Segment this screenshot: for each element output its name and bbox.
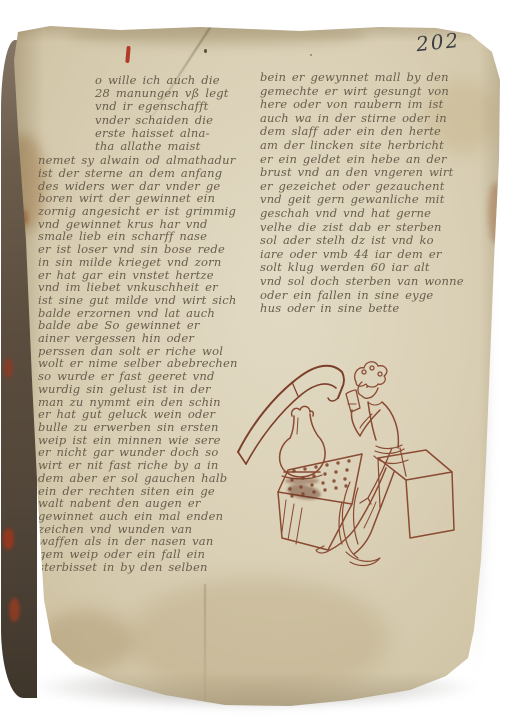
manuscript-line: ist der sterne an dem anfang	[38, 167, 263, 180]
left-column-intro-block: o wille ich auch die28 manungen vß legtv…	[95, 74, 263, 153]
right-text-column: bein er gewynnet mall by dengemechte er …	[260, 71, 478, 316]
manuscript-line: vnd sol doch sterben van wonne	[260, 275, 478, 289]
rubric-mark	[125, 46, 130, 63]
edge-stain	[9, 598, 20, 622]
manuscript-line: zornig angesicht er ist grimmig	[38, 205, 263, 218]
drinker-illustration	[230, 352, 500, 612]
manuscript-line: sol ader stelh dz ist vnd ko	[260, 234, 478, 248]
manuscript-line: geschah vnd vnd hat gerne	[260, 207, 478, 221]
manuscript-line: am der lincken site herbricht	[260, 139, 478, 153]
manuscript-line: here oder von raubern im ist	[260, 98, 478, 112]
edge-stain	[3, 528, 14, 550]
manuscript-line: brust vnd an den vngeren wirt	[260, 166, 478, 180]
torso	[368, 402, 408, 476]
ink-speck	[310, 54, 312, 56]
manuscript-line: bein er gewynnet mall by den	[260, 71, 478, 85]
manuscript-line: oder ein fallen in sine eyge	[260, 289, 478, 303]
parchment-crease	[204, 584, 206, 708]
manuscript-line: velhe die zist dab er sterben	[260, 221, 478, 235]
manuscript-line: dem slaff ader ein den herte	[260, 125, 478, 139]
parchment-page: 202 o wille ich auch die28 manungen vß l…	[8, 22, 505, 712]
manuscript-line: ainer vergessen hin oder	[38, 332, 263, 345]
manuscript-line: er ein geldet ein hebe an der	[260, 153, 478, 167]
folio-number: 202	[415, 30, 461, 55]
legs	[316, 468, 394, 554]
manuscript-line: auch wa in der stirne oder in	[260, 112, 478, 126]
manuscript-line: vnd ir egenschafft	[95, 100, 263, 113]
manuscript-line: hus oder in sine bette	[260, 302, 478, 316]
manuscript-photo: 202 o wille ich auch die28 manungen vß l…	[0, 0, 513, 717]
curly-hair	[355, 362, 387, 387]
manuscript-line: in sin milde krieget vnd zorn	[38, 256, 263, 269]
manuscript-line: tha allathe maist	[95, 140, 263, 153]
parchment-stain	[68, 24, 368, 46]
manuscript-line: vnder schaiden die	[95, 114, 263, 127]
manuscript-line: er ist loser vnd sin bose rede	[38, 243, 263, 256]
edge-stain	[4, 358, 13, 378]
manuscript-line: iare oder vmb 44 iar dem er	[260, 248, 478, 262]
beaker	[346, 390, 360, 412]
manuscript-line: vnd geit gern gewanliche mit	[260, 193, 478, 207]
ink-speck	[204, 49, 207, 53]
drinking-figure	[316, 362, 408, 566]
manuscript-line: solt klug werden 60 iar alt	[260, 261, 478, 275]
face	[358, 382, 378, 398]
manuscript-line: gemechte er wirt gesungt von	[260, 85, 478, 99]
parchment-stain	[38, 610, 133, 672]
parchment-stain	[488, 182, 504, 244]
manuscript-line: ist sine gut milde vnd wirt sich	[38, 294, 263, 307]
manuscript-line: er gezeichet oder gezauchent	[260, 180, 478, 194]
